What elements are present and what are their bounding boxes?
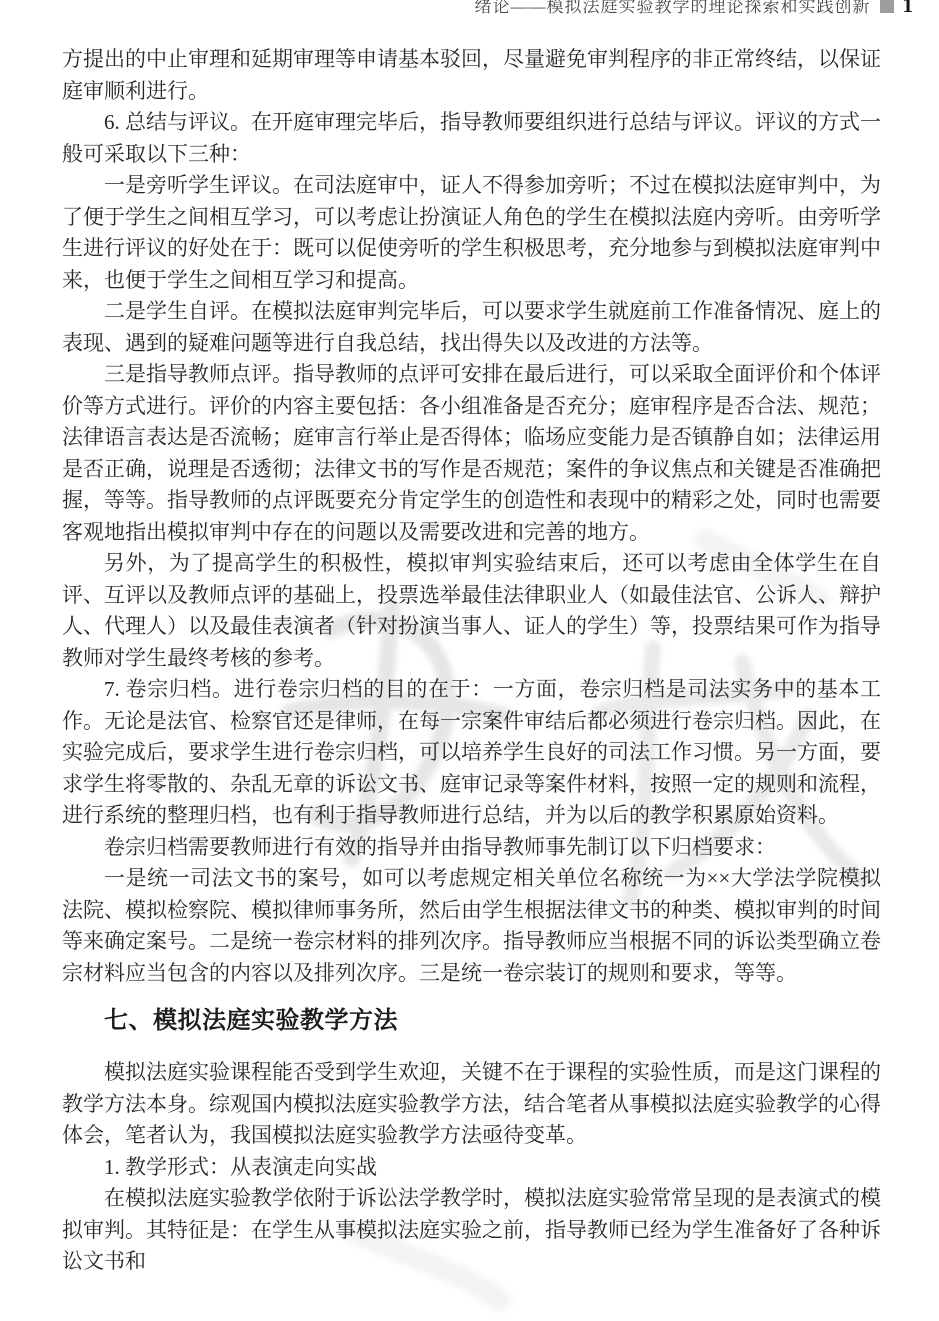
paragraph: 三是指导教师点评。指导教师的点评可安排在最后进行，可以采取全面评价和个体评价等方… [62, 359, 881, 548]
paragraph: 方提出的中止审理和延期审理等申请基本驳回，尽量避免审判程序的非正常终结，以保证庭… [62, 44, 881, 107]
paragraph: 6. 总结与评议。在开庭审理完毕后，指导教师要组织进行总结与评议。评议的方式一般… [62, 107, 881, 170]
running-header: 绪论——模拟法庭实验教学的理论探索和实践创新 1 [475, 0, 914, 18]
paragraph: 7. 卷宗归档。进行卷宗归档的目的在于：一方面，卷宗归档是司法实务中的基本工作。… [62, 674, 881, 832]
running-title: 绪论——模拟法庭实验教学的理论探索和实践创新 [475, 0, 871, 17]
paragraph: 二是学生自评。在模拟法庭审判完毕后，可以要求学生就庭前工作准备情况、庭上的表现、… [62, 296, 881, 359]
paragraph: 卷宗归档需要教师进行有效的指导并由指导教师事先制订以下归档要求： [62, 832, 881, 864]
paragraph: 在模拟法庭实验教学依附于诉讼法学教学时，模拟法庭实验常常呈现的是表演式的模拟审判… [62, 1183, 881, 1278]
text-column: 方提出的中止审理和延期审理等申请基本驳回，尽量避免审判程序的非正常终结，以保证庭… [62, 44, 881, 1278]
paragraph: 一是旁听学生评议。在司法庭审中，证人不得参加旁听；不过在模拟法庭审判中，为了便于… [62, 170, 881, 296]
book-page: 绪论——模拟法庭实验教学的理论探索和实践创新 1 方提出的中止审理和延期审理等申… [0, 0, 939, 1321]
header-marker-square [880, 0, 894, 13]
paragraph: 一是统一司法文书的案号，如可以考虑规定相关单位名称统一为××大学法学院模拟法院、… [62, 863, 881, 989]
paragraph: 另外，为了提高学生的积极性，模拟审判实验结束后，还可以考虑由全体学生在自评、互评… [62, 548, 881, 674]
section-heading: 七、模拟法庭实验教学方法 [62, 1004, 881, 1037]
paragraph: 模拟法庭实验课程能否受到学生欢迎，关键不在于课程的实验性质，而是这门课程的教学方… [62, 1057, 881, 1152]
paragraph: 1. 教学形式：从表演走向实战 [62, 1152, 881, 1184]
page-number: 1 [903, 0, 914, 18]
